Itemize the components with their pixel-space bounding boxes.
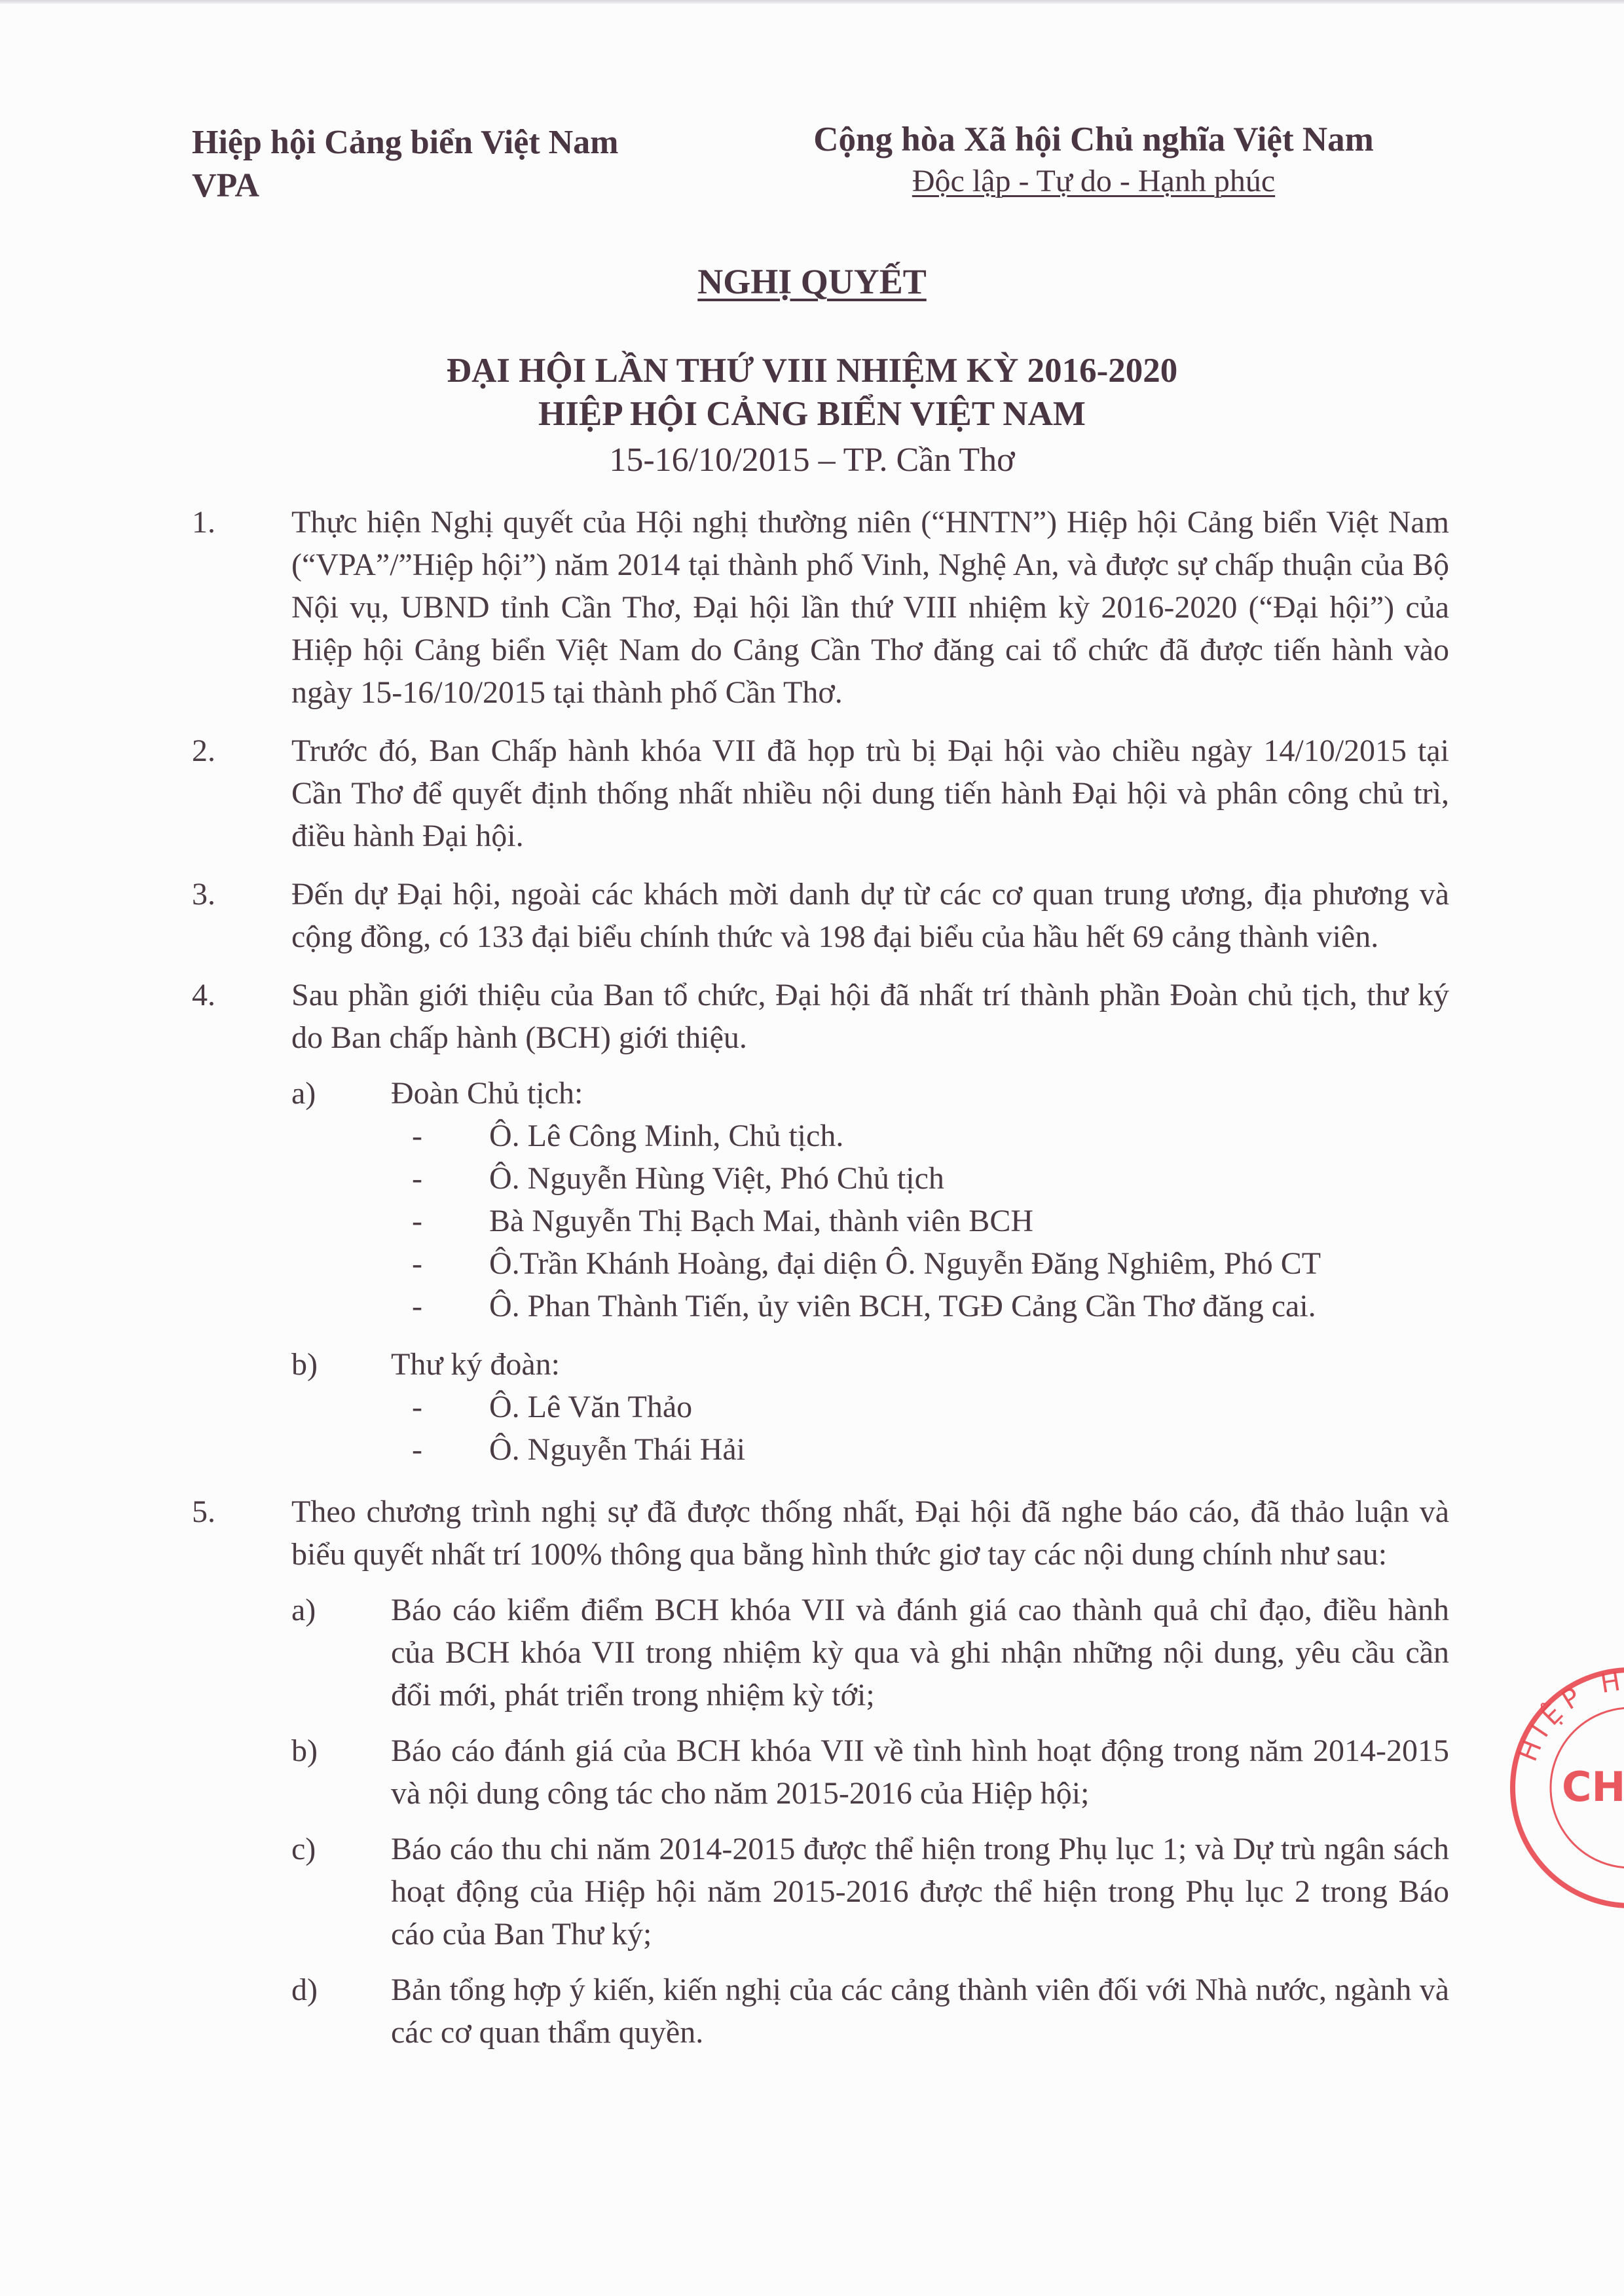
agenda-sub-d: d) Bản tổng hợp ý kiến, kiến nghị của cá… <box>291 1969 1449 2054</box>
presidium-section: a) Đoàn Chủ tịch: -Ô. Lê Công Minh, Chủ … <box>291 1072 1449 1327</box>
sub-letter: b) <box>291 1343 318 1386</box>
resolution-item-5: 5. Theo chương trình nghị sự đã được thố… <box>192 1491 1449 2054</box>
resolution-item-3: 3. Đến dự Đại hội, ngoài các khách mời d… <box>192 873 1449 958</box>
resolution-item-2: 2. Trước đó, Ban Chấp hành khóa VII đã h… <box>192 730 1449 857</box>
nation-name: Cộng hòa Xã hội Chủ nghĩa Việt Nam <box>779 118 1408 161</box>
presidium-members: -Ô. Lê Công Minh, Chủ tịch. -Ô. Nguyễn H… <box>391 1115 1449 1327</box>
resolution-item-1: 1. Thực hiện Nghị quyết của Hội nghị thư… <box>192 501 1449 714</box>
item-text: Sau phần giới thiệu của Ban tổ chức, Đại… <box>291 974 1449 1059</box>
sub-letter: b) <box>291 1730 318 1772</box>
congress-title: ĐẠI HỘI LẦN THỨ VIII NHIỆM KỲ 2016-2020 <box>0 350 1624 391</box>
sub-letter: d) <box>291 1969 318 2011</box>
member-item: -Ô. Lê Văn Thảo <box>391 1386 1449 1428</box>
secretariat-section: b) Thư ký đoàn: -Ô. Lê Văn Thảo -Ô. Nguy… <box>291 1343 1449 1471</box>
agenda-sub-b: b) Báo cáo đánh giá của BCH khóa VII về … <box>291 1730 1449 1815</box>
national-header: Cộng hòa Xã hội Chủ nghĩa Việt Nam Độc l… <box>779 118 1408 202</box>
secretariat-members: -Ô. Lê Văn Thảo -Ô. Nguyễn Thái Hải <box>391 1386 1449 1471</box>
sub-text: Báo cáo đánh giá của BCH khóa VII về tìn… <box>391 1730 1449 1815</box>
national-motto: Độc lập - Tự do - Hạnh phúc <box>779 161 1408 202</box>
member-item: -Bà Nguyễn Thị Bạch Mai, thành viên BCH <box>391 1200 1449 1242</box>
document-title: NGHỊ QUYẾT <box>0 262 1624 301</box>
organization-name: Hiệp hội Cảng biển Việt Nam <box>192 121 619 164</box>
secretariat-label: Thư ký đoàn: <box>391 1343 1449 1386</box>
sub-text: Bản tổng hợp ý kiến, kiến nghị của các c… <box>391 1969 1449 2054</box>
item-text: Đến dự Đại hội, ngoài các khách mời danh… <box>291 873 1449 958</box>
member-item: -Ô.Trần Khánh Hoàng, đại diện Ô. Nguyễn … <box>391 1242 1449 1285</box>
organization-abbreviation: VPA <box>192 164 619 208</box>
agenda-sub-c: c) Báo cáo thu chi năm 2014-2015 được th… <box>291 1828 1449 1955</box>
association-title: HIỆP HỘI CẢNG BIỂN VIỆT NAM <box>0 394 1624 434</box>
member-item: -Ô. Lê Công Minh, Chủ tịch. <box>391 1115 1449 1157</box>
sub-text: Báo cáo kiểm điểm BCH khóa VII và đánh g… <box>391 1589 1449 1716</box>
sub-text: Báo cáo thu chi năm 2014-2015 được thể h… <box>391 1828 1449 1955</box>
document-page: Hiệp hội Cảng biển Việt Nam VPA Cộng hòa… <box>0 0 1624 2296</box>
item-number: 5. <box>192 1491 215 1533</box>
organization-header: Hiệp hội Cảng biển Việt Nam VPA <box>192 121 619 208</box>
member-item: -Ô. Phan Thành Tiến, ủy viên BCH, TGĐ Cả… <box>391 1285 1449 1327</box>
item-text: Thực hiện Nghị quyết của Hội nghị thường… <box>291 501 1449 714</box>
sub-letter: c) <box>291 1828 316 1870</box>
official-seal-stamp: HIỆP HỘI CẢN CHÂ <box>1506 1663 1624 1912</box>
item-number: 2. <box>192 730 215 772</box>
agenda-sub-a: a) Báo cáo kiểm điểm BCH khóa VII và đán… <box>291 1589 1449 1716</box>
item-number: 1. <box>192 501 215 544</box>
svg-text:HIỆP HỘI: HIỆP HỘI <box>1513 1664 1624 1766</box>
resolution-item-4: 4. Sau phần giới thiệu của Ban tổ chức, … <box>192 974 1449 1471</box>
member-item: -Ô. Nguyễn Thái Hải <box>391 1428 1449 1471</box>
item-number: 3. <box>192 873 215 916</box>
resolution-body: 1. Thực hiện Nghị quyết của Hội nghị thư… <box>192 501 1449 2054</box>
item-text: Trước đó, Ban Chấp hành khóa VII đã họp … <box>291 730 1449 857</box>
scan-edge <box>0 0 1624 4</box>
item-text: Theo chương trình nghị sự đã được thống … <box>291 1491 1449 1576</box>
member-item: -Ô. Nguyễn Hùng Việt, Phó Chủ tịch <box>391 1157 1449 1200</box>
sub-letter: a) <box>291 1589 316 1631</box>
date-location: 15-16/10/2015 – TP. Cần Thơ <box>0 440 1624 481</box>
presidium-label: Đoàn Chủ tịch: <box>391 1072 1449 1115</box>
svg-text:CHÂ: CHÂ <box>1562 1763 1624 1811</box>
sub-letter: a) <box>291 1072 316 1115</box>
item-number: 4. <box>192 974 215 1016</box>
